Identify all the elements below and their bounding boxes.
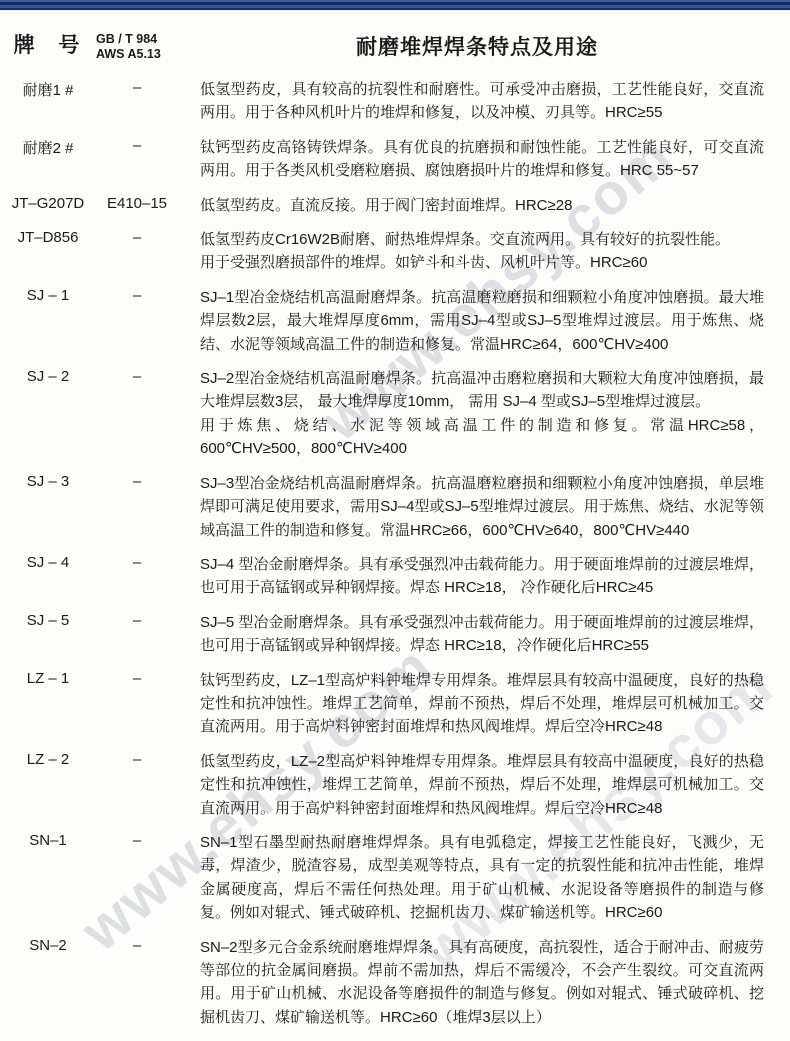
brand-cell: SN–2 [0,936,96,954]
table-header-row: 牌 号 GB / T 984 AWS A5.13 耐磨堆焊焊条特点及用途 [0,29,776,62]
standard-cell: – [96,936,178,954]
brand-cell: JT–D856 [0,228,96,246]
spec-table: 牌 号 GB / T 984 AWS A5.13 耐磨堆焊焊条特点及用途 耐磨1… [0,11,790,1029]
description-cell: 低氢型药皮，LZ–2型高炉料钟堆焊专用焊条。堆焊层具有较高中温硬度，良好的热稳定… [178,750,776,820]
brand-cell: SJ – 2 [0,367,96,385]
standard-cell: – [96,750,178,768]
standard-cell: E410–15 [96,194,178,212]
description-cell: 钛钙型药皮高铬铸铁焊条。具有优良的抗磨损和耐蚀性能。工艺性能良好，可交直流两用。… [178,136,776,183]
description-cell: SJ–5 型冶金耐磨焊条。具有承受强烈冲击载荷能力。用于硬面堆焊前的过渡层堆焊，… [178,611,776,658]
standard-cell: – [96,553,178,571]
brand-cell: SJ – 5 [0,611,96,629]
standard-cell: – [96,669,178,687]
description-cell: SJ–3型冶金烧结机高温耐磨焊条。抗高温磨粒磨损和细颗粒小角度冲蚀磨损，单层堆焊… [178,472,776,542]
brand-cell: JT–G207D [0,194,96,212]
table-row: SN–1 – SN–1型石墨型耐热耐磨堆焊焊条。具有电弧稳定，焊接工艺性能良好，… [0,831,776,925]
brand-cell: 耐磨2 # [0,136,96,158]
standard-cell: – [96,286,178,304]
brand-cell: LZ – 1 [0,669,96,687]
brand-cell: 耐磨1 # [0,78,96,100]
description-cell: SJ–4 型冶金耐磨焊条。具有承受强烈冲击载荷能力。用于硬面堆焊前的过渡层堆焊，… [178,553,776,600]
description-cell: 钛钙型药皮，LZ–1型高炉料钟堆焊专用焊条。堆焊层具有较高中温硬度，良好的热稳定… [178,669,776,739]
standard-cell: – [96,831,178,849]
standard-cell: – [96,367,178,385]
description-cell: SJ–1型冶金烧结机高温耐磨焊条。抗高温磨粒磨损和细颗粒小角度冲蚀磨损。最大堆焊… [178,286,776,356]
description-cell: 低氢型药皮。直流反接。用于阀门密封面堆焊。HRC≥28 [178,194,776,217]
table-row: 耐磨2 # – 钛钙型药皮高铬铸铁焊条。具有优良的抗磨损和耐蚀性能。工艺性能良好… [0,136,776,183]
standard-cell: – [96,472,178,490]
description-cell: SN–2型多元合金系统耐磨堆焊焊条。具有高硬度，高抗裂性，适合于耐冲击、耐疲劳等… [178,936,776,1030]
table-row: JT–D856 – 低氢型药皮Cr16W2B耐磨、耐热堆焊焊条。交直流两用。具有… [0,228,776,275]
description-cell: 低氢型药皮Cr16W2B耐磨、耐热堆焊焊条。交直流两用。具有较好的抗裂性能。 用… [178,228,776,275]
standard-cell: – [96,78,178,96]
table-row: JT–G207D E410–15 低氢型药皮。直流反接。用于阀门密封面堆焊。HR… [0,194,776,217]
table-row: 耐磨1 # – 低氢型药皮，具有较高的抗裂性和耐磨性。可承受冲击磨损，工艺性能良… [0,78,776,125]
description-cell: 低氢型药皮，具有较高的抗裂性和耐磨性。可承受冲击磨损，工艺性能良好，交直流两用。… [178,78,776,125]
header-brand-label: 牌 号 [0,29,96,59]
standard-cell: – [96,228,178,246]
header-standard-line2: AWS A5.13 [96,47,178,62]
brand-cell: SJ – 1 [0,286,96,304]
table-row: LZ – 2 – 低氢型药皮，LZ–2型高炉料钟堆焊专用焊条。堆焊层具有较高中温… [0,750,776,820]
page-top-rule [0,0,790,11]
table-row: SJ – 4 – SJ–4 型冶金耐磨焊条。具有承受强烈冲击载荷能力。用于硬面堆… [0,553,776,600]
header-standard-label: GB / T 984 AWS A5.13 [96,29,178,62]
table-row: SJ – 1 – SJ–1型冶金烧结机高温耐磨焊条。抗高温磨粒磨损和细颗粒小角度… [0,286,776,356]
table-row: SN–2 – SN–2型多元合金系统耐磨堆焊焊条。具有高硬度，高抗裂性，适合于耐… [0,936,776,1030]
brand-cell: LZ – 2 [0,750,96,768]
brand-cell: SN–1 [0,831,96,849]
table-row: SJ – 3 – SJ–3型冶金烧结机高温耐磨焊条。抗高温磨粒磨损和细颗粒小角度… [0,472,776,542]
table-row: LZ – 1 – 钛钙型药皮，LZ–1型高炉料钟堆焊专用焊条。堆焊层具有较高中温… [0,669,776,739]
standard-cell: – [96,136,178,154]
brand-cell: SJ – 3 [0,472,96,490]
page-title: 耐磨堆焊焊条特点及用途 [178,29,776,61]
header-standard-line1: GB / T 984 [96,32,178,47]
table-row: SJ – 2 – SJ–2型冶金烧结机高温耐磨焊条。抗高温冲击磨粒磨损和大颗粒大… [0,367,776,461]
table-row: SJ – 5 – SJ–5 型冶金耐磨焊条。具有承受强烈冲击载荷能力。用于硬面堆… [0,611,776,658]
standard-cell: – [96,611,178,629]
brand-cell: SJ – 4 [0,553,96,571]
description-cell: SN–1型石墨型耐热耐磨堆焊焊条。具有电弧稳定，焊接工艺性能良好，飞溅少，无毒，… [178,831,776,925]
description-cell: SJ–2型冶金烧结机高温耐磨焊条。抗高温冲击磨粒磨损和大颗粒大角度冲蚀磨损，最大… [178,367,776,461]
